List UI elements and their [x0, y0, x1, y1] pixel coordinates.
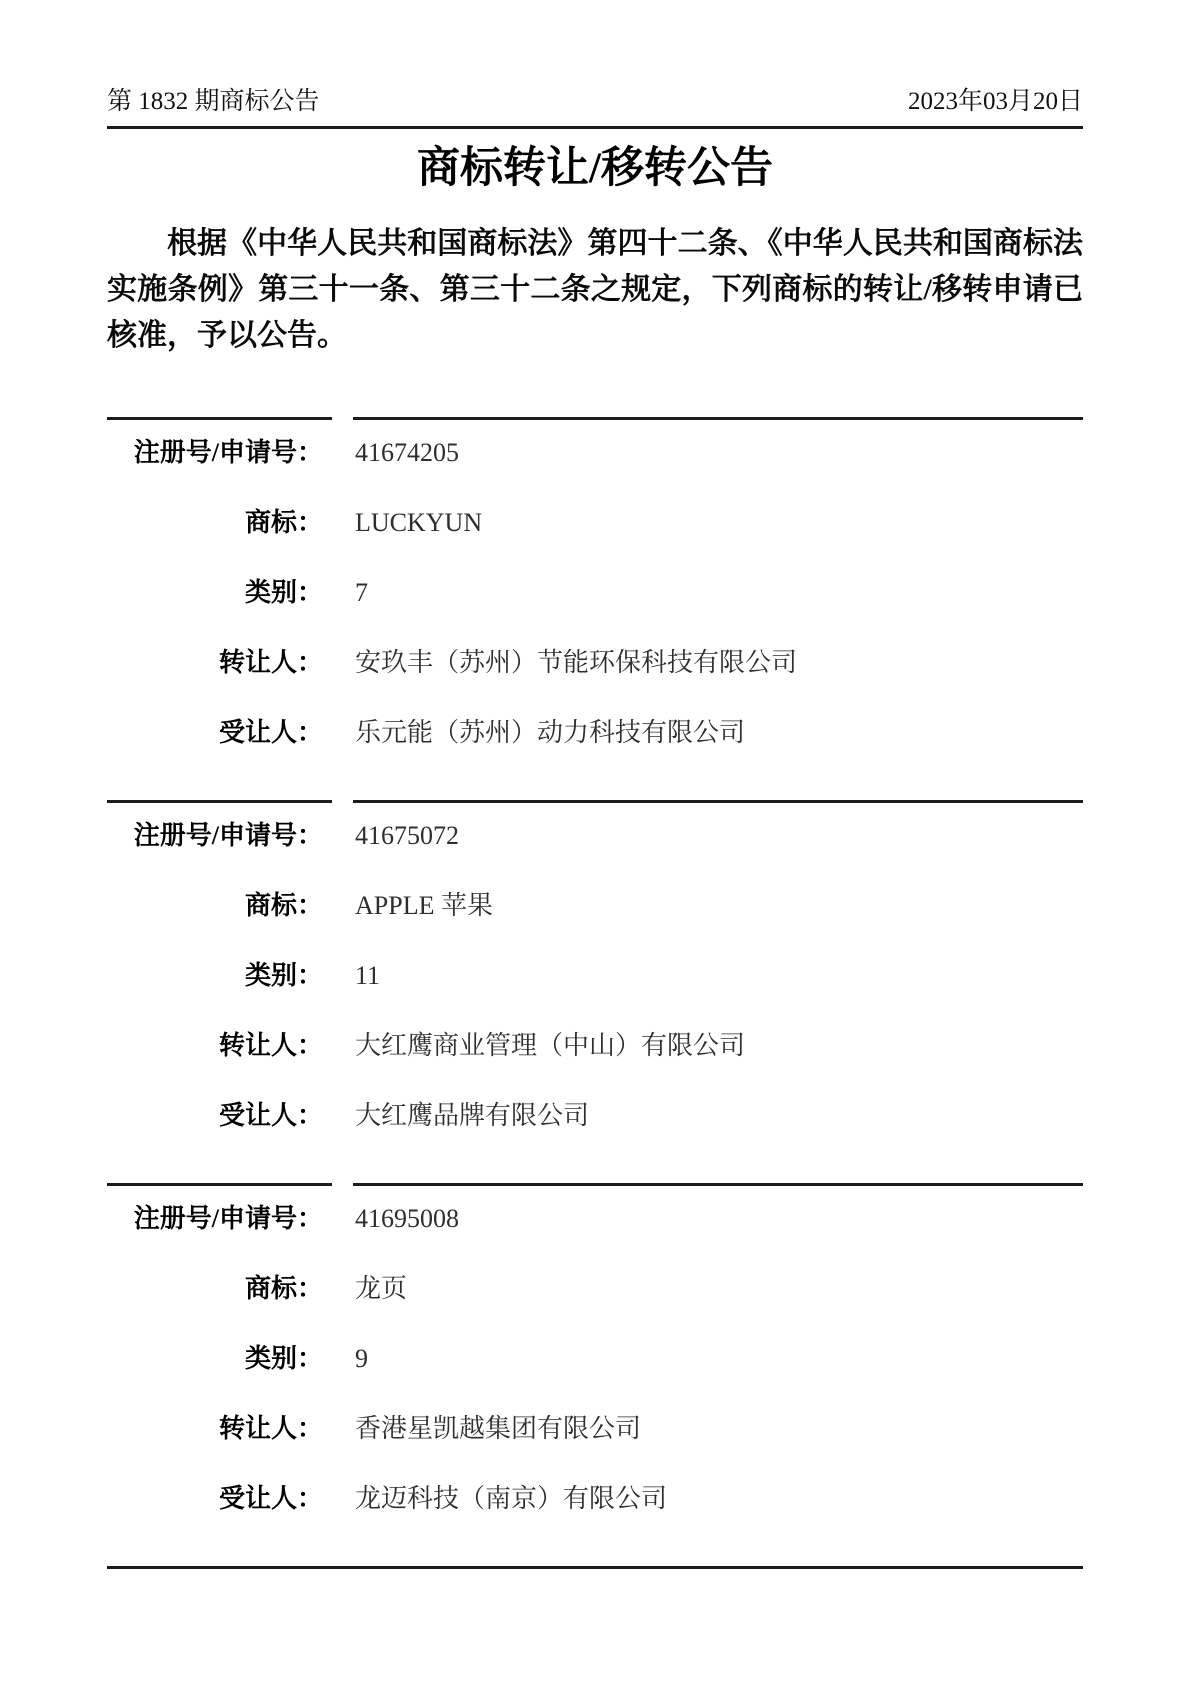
- divider-right-segment: [353, 800, 1083, 803]
- class-label: 类别：: [107, 1345, 323, 1373]
- trademark-value: 龙页: [355, 1275, 407, 1303]
- assignor-value: 香港星凯越集团有限公司: [355, 1415, 641, 1443]
- reg-no-label: 注册号/申请号：: [107, 1205, 323, 1233]
- divider-right-segment: [353, 1183, 1083, 1186]
- divider-left-segment: [107, 800, 332, 803]
- reg-no-label: 注册号/申请号：: [107, 439, 323, 467]
- trademark-record: 注册号/申请号： 41675072 商标： APPLE 苹果 类别： 11 转让…: [107, 822, 1083, 1130]
- assignee-value: 乐元能（苏州）动力科技有限公司: [355, 719, 745, 747]
- divider-gap: [332, 1183, 353, 1186]
- assignor-row: 转让人： 香港星凯越集团有限公司: [107, 1415, 1083, 1443]
- trademark-record: 注册号/申请号： 41695008 商标： 龙页 类别： 9 转让人： 香港星凯…: [107, 1205, 1083, 1513]
- divider-gap: [332, 800, 353, 803]
- divider-left-segment: [107, 1183, 332, 1186]
- assignee-value: 龙迈科技（南京）有限公司: [355, 1485, 667, 1513]
- trademark-value: APPLE 苹果: [355, 892, 493, 920]
- reg-no-label: 注册号/申请号：: [107, 822, 323, 850]
- divider-gap: [332, 417, 353, 420]
- divider-left-segment: [107, 417, 332, 420]
- page-content: 第 1832 期商标公告 2023年03月20日 商标转让/移转公告 根据《中华…: [107, 0, 1083, 1569]
- assignee-label: 受让人：: [107, 1485, 323, 1513]
- page-title: 商标转让/移转公告: [107, 145, 1083, 193]
- trademark-label: 商标：: [107, 509, 323, 537]
- assignor-label: 转让人：: [107, 1032, 323, 1060]
- bottom-divider: [107, 1566, 1083, 1569]
- trademark-value: LUCKYUN: [355, 509, 482, 537]
- class-row: 类别： 11: [107, 962, 1083, 990]
- record-divider: [107, 417, 1083, 420]
- assignor-value: 大红鹰商业管理（中山）有限公司: [355, 1032, 745, 1060]
- class-row: 类别： 7: [107, 579, 1083, 607]
- assignee-label: 受让人：: [107, 719, 323, 747]
- gazette-page: 第 1832 期商标公告 2023年03月20日 商标转让/移转公告 根据《中华…: [0, 0, 1190, 1698]
- assignor-label: 转让人：: [107, 649, 323, 677]
- trademark-row: 商标： 龙页: [107, 1275, 1083, 1303]
- intro-paragraph: 根据《中华人民共和国商标法》第四十二条、《中华人民共和国商标法实施条例》第三十一…: [107, 221, 1083, 359]
- class-value: 9: [355, 1345, 368, 1373]
- trademark-row: 商标： APPLE 苹果: [107, 892, 1083, 920]
- reg-no-value: 41695008: [355, 1205, 459, 1233]
- divider-right-segment: [353, 417, 1083, 420]
- class-label: 类别：: [107, 579, 323, 607]
- issue-number: 第 1832 期商标公告: [107, 88, 320, 115]
- assignor-row: 转让人： 大红鹰商业管理（中山）有限公司: [107, 1032, 1083, 1060]
- class-value: 7: [355, 579, 368, 607]
- publication-date: 2023年03月20日: [908, 88, 1083, 115]
- class-label: 类别：: [107, 962, 323, 990]
- assignor-value: 安玖丰（苏州）节能环保科技有限公司: [355, 649, 797, 677]
- reg-no-value: 41674205: [355, 439, 459, 467]
- trademark-row: 商标： LUCKYUN: [107, 509, 1083, 537]
- record-divider: [107, 800, 1083, 803]
- class-value: 11: [355, 962, 380, 990]
- assignor-label: 转让人：: [107, 1415, 323, 1443]
- trademark-label: 商标：: [107, 892, 323, 920]
- trademark-label: 商标：: [107, 1275, 323, 1303]
- assignee-row: 受让人： 大红鹰品牌有限公司: [107, 1102, 1083, 1130]
- reg-no-value: 41675072: [355, 822, 459, 850]
- reg-no-row: 注册号/申请号： 41675072: [107, 822, 1083, 850]
- assignee-row: 受让人： 龙迈科技（南京）有限公司: [107, 1485, 1083, 1513]
- page-header: 第 1832 期商标公告 2023年03月20日: [107, 0, 1083, 129]
- reg-no-row: 注册号/申请号： 41674205: [107, 439, 1083, 467]
- assignee-label: 受让人：: [107, 1102, 323, 1130]
- assignor-row: 转让人： 安玖丰（苏州）节能环保科技有限公司: [107, 649, 1083, 677]
- record-divider: [107, 1183, 1083, 1186]
- trademark-record: 注册号/申请号： 41674205 商标： LUCKYUN 类别： 7 转让人：…: [107, 439, 1083, 747]
- assignee-value: 大红鹰品牌有限公司: [355, 1102, 589, 1130]
- class-row: 类别： 9: [107, 1345, 1083, 1373]
- reg-no-row: 注册号/申请号： 41695008: [107, 1205, 1083, 1233]
- assignee-row: 受让人： 乐元能（苏州）动力科技有限公司: [107, 719, 1083, 747]
